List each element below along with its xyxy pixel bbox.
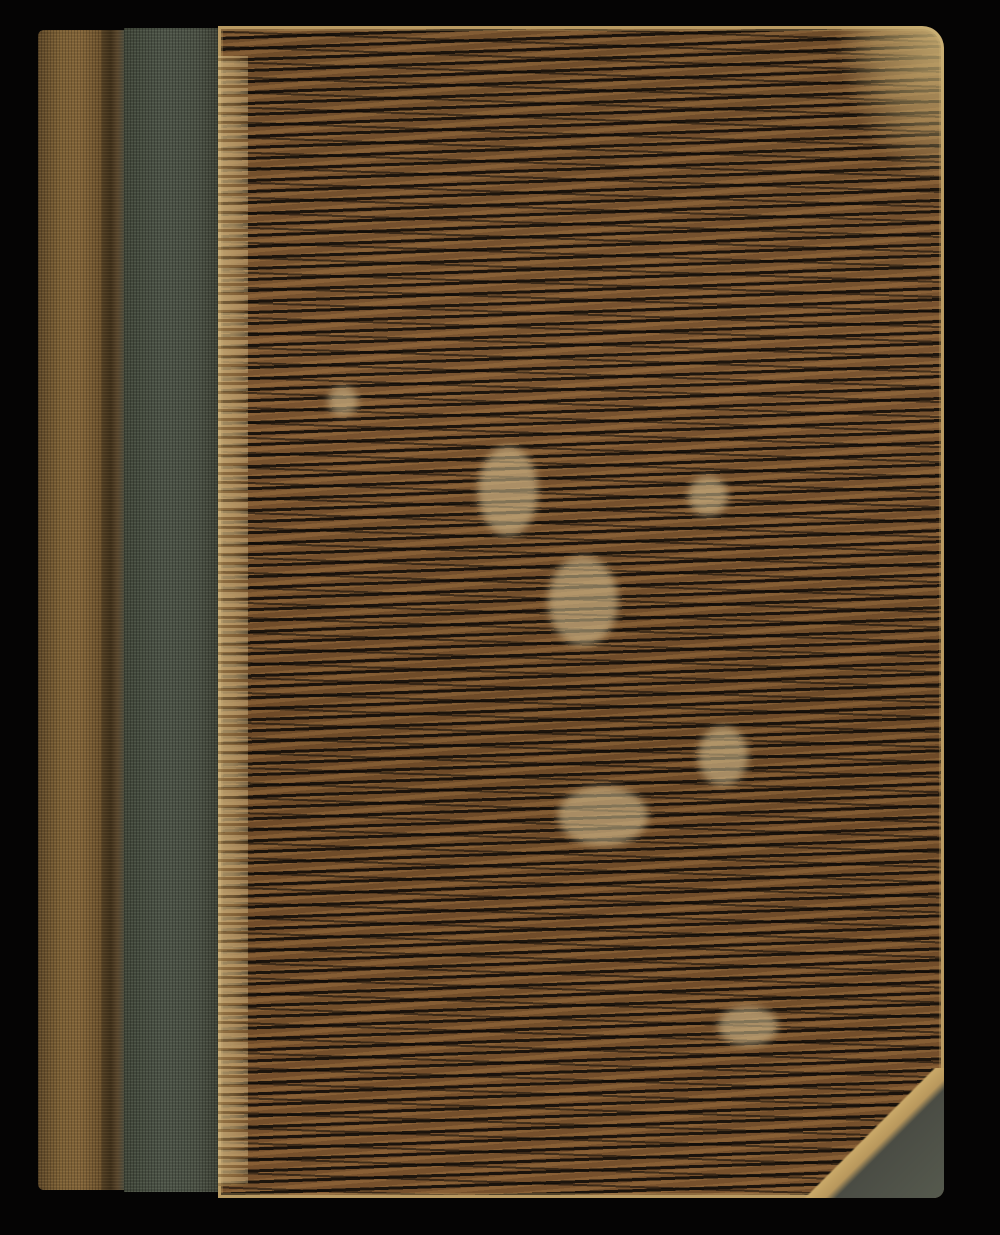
wear-spot	[718, 1006, 778, 1046]
wear-spot	[558, 786, 648, 846]
worn-corner-top-right	[834, 26, 944, 186]
cloth-corner-bottom-right	[804, 1068, 944, 1198]
spine-cloth-brown	[38, 30, 110, 1190]
wear-spot	[698, 726, 748, 786]
wear-spot	[478, 446, 538, 536]
spine-cloth-grey-green	[124, 28, 220, 1192]
wear-spot	[688, 476, 728, 516]
wear-spot	[548, 556, 618, 646]
wear-spot	[328, 386, 358, 416]
marbled-cover-board	[218, 26, 944, 1198]
book-cover	[38, 26, 944, 1198]
spine-hinge-groove	[102, 30, 124, 1190]
worn-board-edge	[218, 56, 248, 1186]
